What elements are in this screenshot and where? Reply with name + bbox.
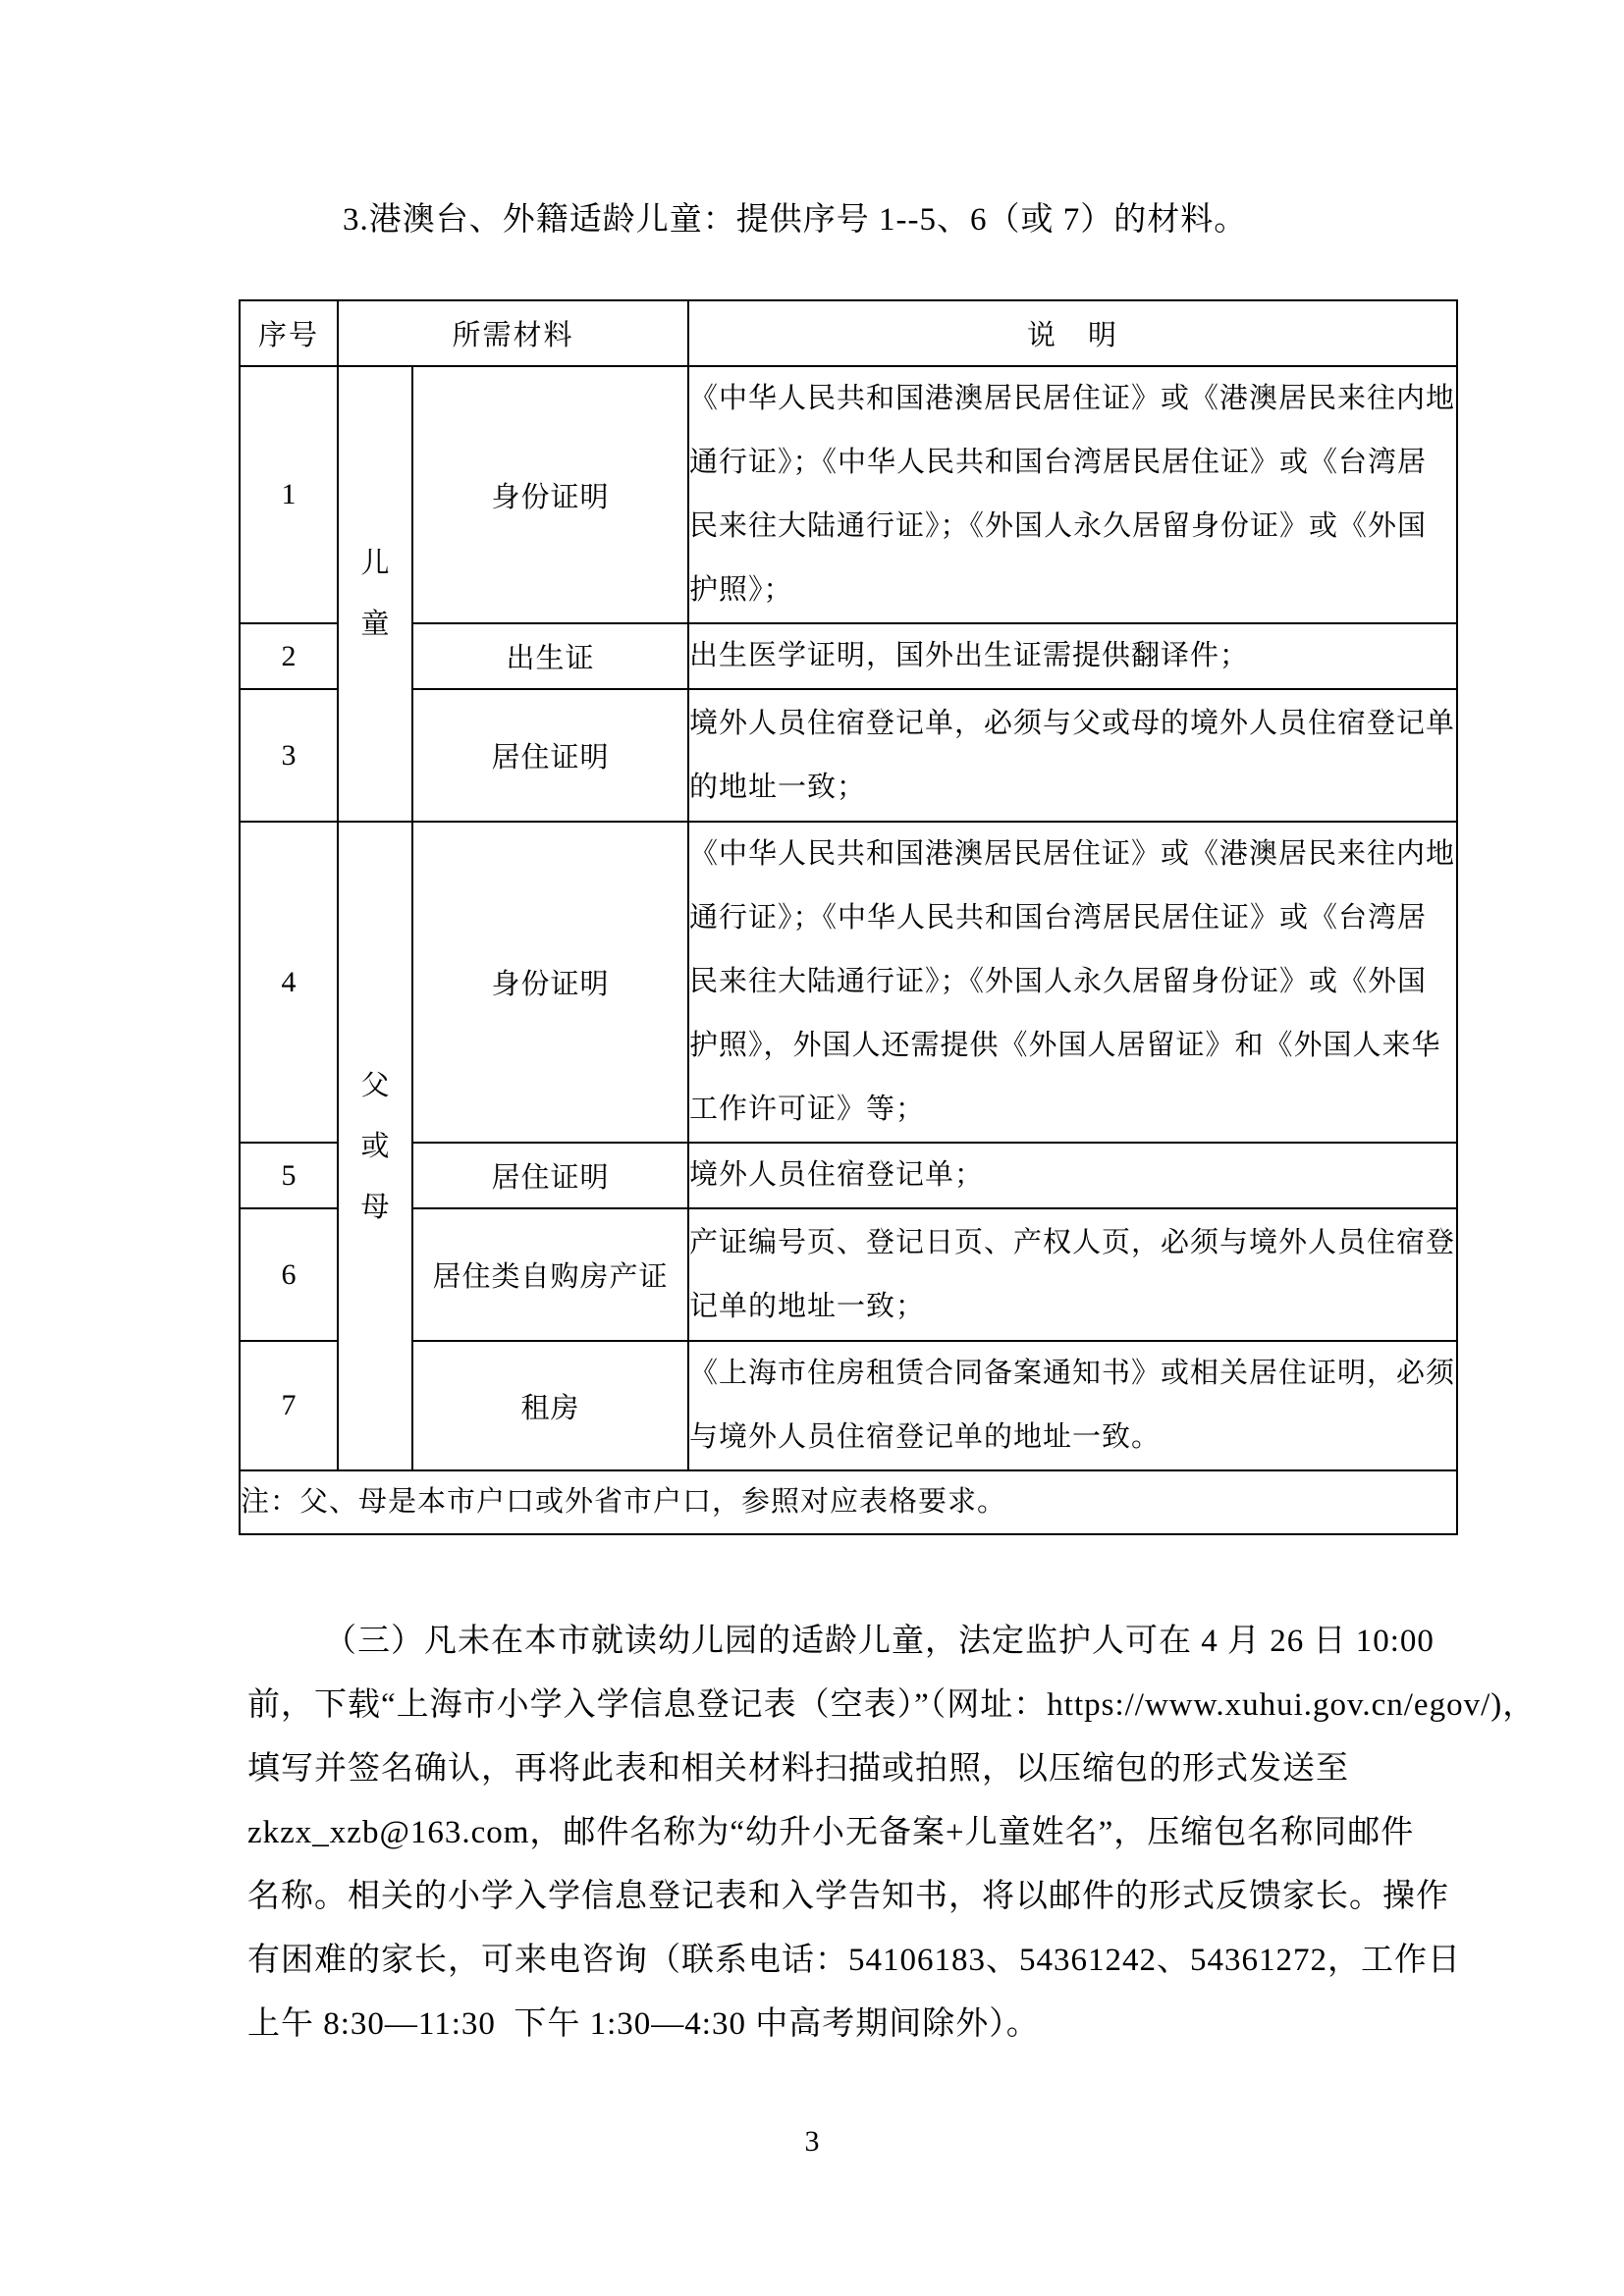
paragraph-line: （三）凡未在本市就读幼儿园的适龄儿童，法定监护人可在 4 月 26 日 10:0… bbox=[247, 1610, 1416, 1674]
seq-cell: 4 bbox=[240, 822, 338, 1143]
paragraph-line: 名称。相关的小学入学信息登记表和入学告知书，将以邮件的形式反馈家长。操作 bbox=[247, 1865, 1416, 1929]
material-cell: 居住证明 bbox=[412, 1143, 688, 1208]
desc-cell: 《中华人民共和国港澳居民居住证》或《港澳居民来往内地 通行证》；《中华人民共和国… bbox=[688, 366, 1457, 623]
material-cell: 身份证明 bbox=[412, 366, 688, 623]
materials-table: 序号 所需材料 说 明 1 儿童 身份证明 《中华人民共和国港澳居民居住证》或《… bbox=[239, 299, 1458, 1535]
table-row: 4 父或母 身份证明 《中华人民共和国港澳居民居住证》或《港澳居民来往内地 通行… bbox=[240, 822, 1457, 1143]
material-cell: 居住类自购房产证 bbox=[412, 1208, 688, 1341]
document-page: 3.港澳台、外籍适龄儿童：提供序号 1--5、6（或 7）的材料。 序号 所需材… bbox=[0, 0, 1624, 2296]
desc-cell: 境外人员住宿登记单，必须与父或母的境外人员住宿登记单 的地址一致； bbox=[688, 689, 1457, 822]
table-row: 5 居住证明 境外人员住宿登记单； bbox=[240, 1143, 1457, 1208]
seq-cell: 6 bbox=[240, 1208, 338, 1341]
header-description: 说 明 bbox=[688, 300, 1457, 366]
section-title: 3.港澳台、外籍适龄儿童：提供序号 1--5、6（或 7）的材料。 bbox=[343, 188, 1247, 252]
header-material: 所需材料 bbox=[338, 300, 688, 366]
table-note: 注：父、母是本市户口或外省市户口，参照对应表格要求。 bbox=[240, 1470, 1457, 1534]
seq-cell: 7 bbox=[240, 1341, 338, 1470]
seq-cell: 2 bbox=[240, 623, 338, 689]
seq-cell: 1 bbox=[240, 366, 338, 623]
table-row: 2 出生证 出生医学证明，国外出生证需提供翻译件； bbox=[240, 623, 1457, 689]
page-number: 3 bbox=[0, 2125, 1624, 2159]
paragraph-line: zkzx_xzb@163.com，邮件名称为“幼升小无备案+儿童姓名”，压缩包名… bbox=[247, 1801, 1416, 1865]
desc-cell: 出生医学证明，国外出生证需提供翻译件； bbox=[688, 623, 1457, 689]
table-row: 1 儿童 身份证明 《中华人民共和国港澳居民居住证》或《港澳居民来往内地 通行证… bbox=[240, 366, 1457, 623]
material-cell: 租房 bbox=[412, 1341, 688, 1470]
table-note-row: 注：父、母是本市户口或外省市户口，参照对应表格要求。 bbox=[240, 1470, 1457, 1534]
table-row: 3 居住证明 境外人员住宿登记单，必须与父或母的境外人员住宿登记单 的地址一致； bbox=[240, 689, 1457, 822]
desc-cell: 《上海市住房租赁合同备案通知书》或相关居住证明，必须 与境外人员住宿登记单的地址… bbox=[688, 1341, 1457, 1470]
table-header-row: 序号 所需材料 说 明 bbox=[240, 300, 1457, 366]
table-row: 7 租房 《上海市住房租赁合同备案通知书》或相关居住证明，必须 与境外人员住宿登… bbox=[240, 1341, 1457, 1470]
body-paragraph: （三）凡未在本市就读幼儿园的适龄儿童，法定监护人可在 4 月 26 日 10:0… bbox=[247, 1610, 1416, 2056]
category-label: 父或母 bbox=[360, 1055, 390, 1238]
material-cell: 身份证明 bbox=[412, 822, 688, 1143]
paragraph-line: 填写并签名确认，再将此表和相关材料扫描或拍照，以压缩包的形式发送至 bbox=[247, 1737, 1416, 1801]
material-cell: 居住证明 bbox=[412, 689, 688, 822]
paragraph-line: 上午 8:30—11:30 下午 1:30—4:30 中高考期间除外）。 bbox=[247, 1993, 1416, 2056]
material-cell: 出生证 bbox=[412, 623, 688, 689]
desc-cell: 产证编号页、登记日页、产权人页，必须与境外人员住宿登 记单的地址一致； bbox=[688, 1208, 1457, 1341]
desc-cell: 境外人员住宿登记单； bbox=[688, 1143, 1457, 1208]
seq-cell: 3 bbox=[240, 689, 338, 822]
header-seq: 序号 bbox=[240, 300, 338, 366]
paragraph-line: 有困难的家长，可来电咨询（联系电话：54106183、54361242、5436… bbox=[247, 1929, 1416, 1993]
category-label: 儿童 bbox=[360, 533, 390, 655]
desc-cell: 《中华人民共和国港澳居民居住证》或《港澳居民来往内地 通行证》；《中华人民共和国… bbox=[688, 822, 1457, 1143]
table-row: 6 居住类自购房产证 产证编号页、登记日页、产权人页，必须与境外人员住宿登 记单… bbox=[240, 1208, 1457, 1341]
category-cell-child: 儿童 bbox=[338, 366, 412, 822]
paragraph-line: 前，下载“上海市小学入学信息登记表（空表）”（网址：https://www.xu… bbox=[247, 1674, 1416, 1737]
seq-cell: 5 bbox=[240, 1143, 338, 1208]
category-cell-parent: 父或母 bbox=[338, 822, 412, 1470]
